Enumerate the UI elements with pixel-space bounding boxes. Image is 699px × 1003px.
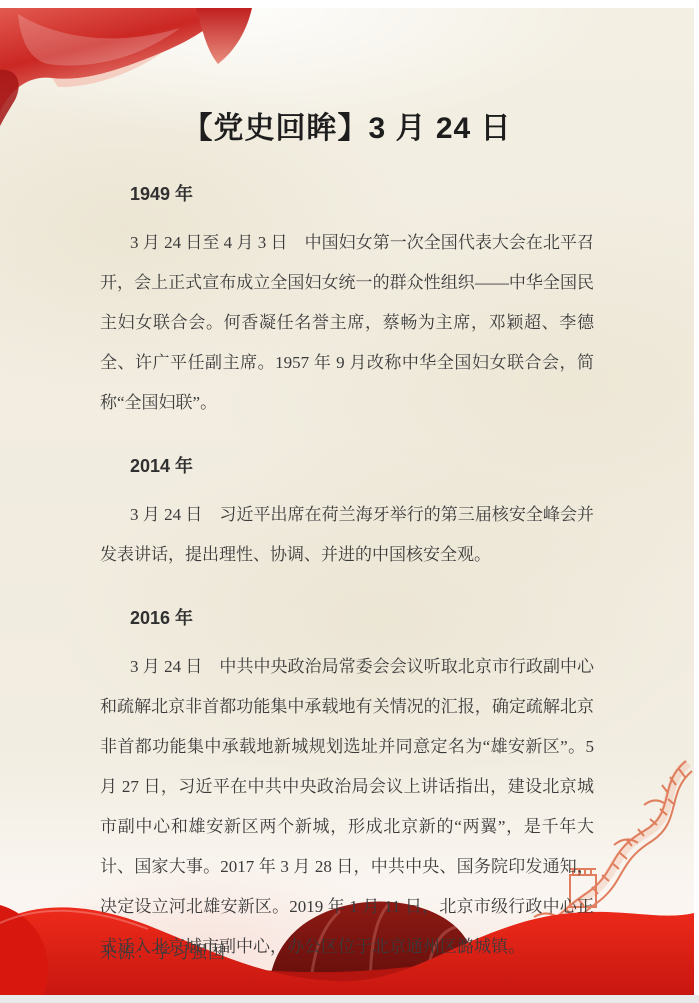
year-heading: 1949 年 bbox=[130, 181, 594, 207]
document-page: 【党史回眸】3 月 24 日 1949 年 3 月 24 日至 4 月 3 日 … bbox=[0, 0, 699, 1003]
section-1949: 1949 年 3 月 24 日至 4 月 3 日 中国妇女第一次全国代表大会在北… bbox=[100, 181, 594, 423]
paper-background: 【党史回眸】3 月 24 日 1949 年 3 月 24 日至 4 月 3 日 … bbox=[0, 8, 694, 995]
red-silk-ribbon-decoration bbox=[0, 8, 300, 133]
year-heading: 2016 年 bbox=[130, 605, 594, 631]
article: 【党史回眸】3 月 24 日 1949 年 3 月 24 日至 4 月 3 日 … bbox=[0, 8, 694, 967]
bottom-gray-strip bbox=[0, 995, 699, 1003]
event-paragraph: 3 月 24 日 中共中央政治局常委会会议听取北京市行政副中心和疏解北京非首都功… bbox=[100, 647, 594, 967]
section-2014: 2014 年 3 月 24 日 习近平出席在荷兰海牙举行的第三届核安全峰会并发表… bbox=[100, 453, 594, 575]
year-heading: 2014 年 bbox=[130, 453, 594, 479]
event-paragraph: 3 月 24 日至 4 月 3 日 中国妇女第一次全国代表大会在北平召开，会上正… bbox=[100, 223, 594, 423]
event-paragraph: 3 月 24 日 习近平出席在荷兰海牙举行的第三届核安全峰会并发表讲话，提出理性… bbox=[100, 495, 594, 575]
section-2016: 2016 年 3 月 24 日 中共中央政治局常委会会议听取北京市行政副中心和疏… bbox=[100, 605, 594, 967]
source-line: 来源：学习强国 bbox=[100, 938, 226, 963]
